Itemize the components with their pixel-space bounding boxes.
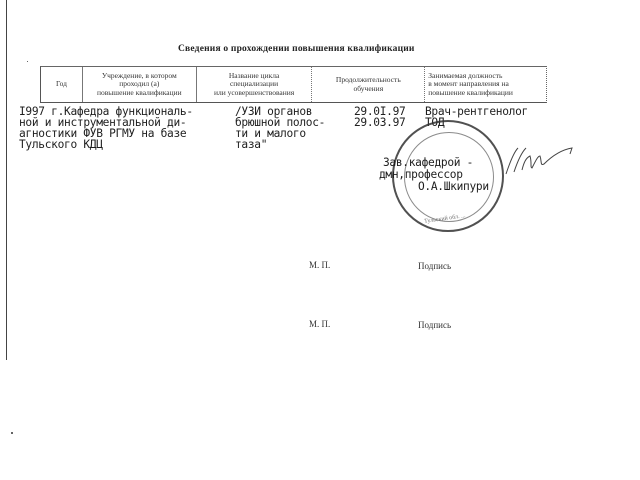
column-header-cycle: Название цикла специализации или усоверш… [197,67,313,102]
signature-label-1: Подпись [418,261,451,271]
scan-speck [27,61,28,62]
signatory-name: О.А.Шкипури [418,181,489,192]
column-header-institution: Учреждение, в котором проходил (а) повыш… [83,67,197,102]
scan-speck [11,432,13,434]
column-header-duration: Продолжительность обучения [312,67,425,102]
signatory-title: Зав.кафедрой - [383,157,473,168]
seal-label-1: М. П. [309,260,330,270]
column-header-year: Год [41,67,83,102]
signatory-degree: дмн,профессор [379,169,463,180]
handwritten-signature [500,140,580,180]
signature-label-2: Подпись [418,320,451,330]
cell-duration: 29.0I.97 29.03.97 [354,106,405,128]
column-header-position: Занимаемая должность в момент направлени… [425,67,546,102]
table-header: Год Учреждение, в котором проходил (а) п… [40,66,547,103]
seal-label-2: М. П. [309,319,330,329]
cell-year-institution: I997 г.Кафедра функциональ- ной и инстру… [19,106,193,150]
cell-cycle: /УЗИ органов брюшной полос- ти и малого … [235,106,325,150]
page-title: Сведения о прохождении повышения квалифи… [178,44,415,54]
page-edge-line [6,0,7,360]
